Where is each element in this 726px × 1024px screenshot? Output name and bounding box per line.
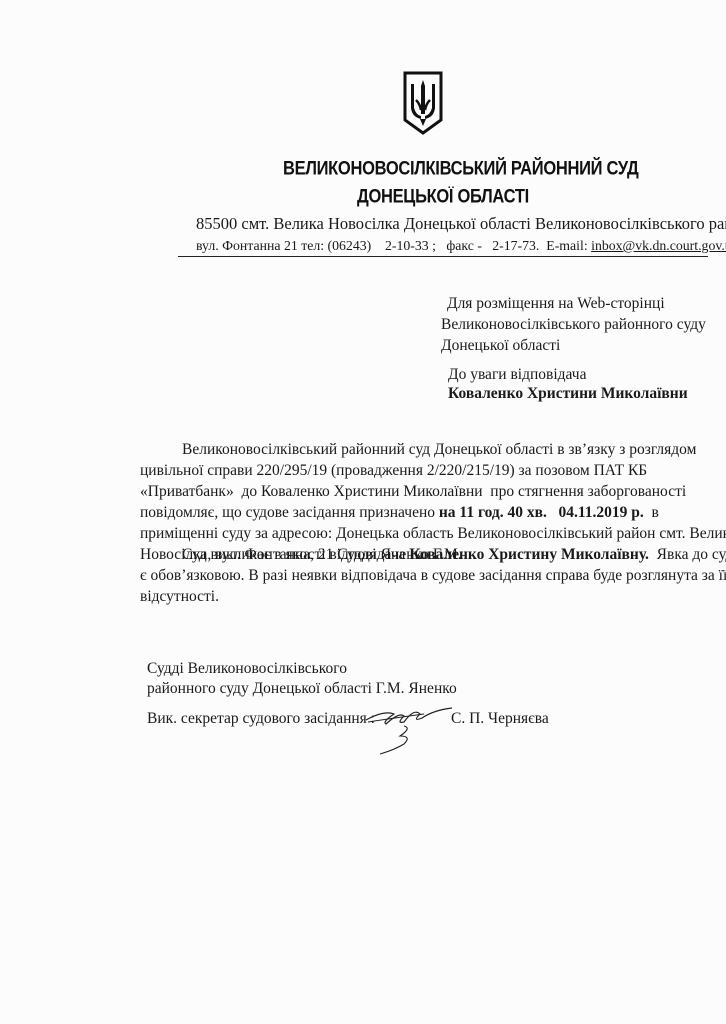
court-address: 85500 смт. Велика Новосілка Донецької об… (196, 214, 726, 234)
attention-line: До уваги відповідача (448, 366, 586, 384)
body-paragraph-2: Суд викликає в якості відповідача Ковале… (140, 544, 726, 607)
judge-line2: районного суду Донецької області Г.М. Ян… (147, 680, 457, 698)
trident-emblem-icon (402, 70, 444, 136)
handwritten-signature-icon (364, 702, 454, 757)
court-name-line1: ВЕЛИКОНОВОСІЛКІВСЬКИЙ РАЙОННИЙ СУД (283, 159, 639, 181)
judge-line1: Судді Великоновосілківського (147, 660, 347, 678)
placement-line3: Донецької області (441, 337, 560, 355)
email-link[interactable]: inbox@vk.dn.court.gov.ua (591, 238, 726, 253)
header-divider (178, 256, 708, 257)
court-name-line2: ДОНЕЦЬКОЇ ОБЛАСТІ (357, 187, 529, 209)
court-contacts: вул. Фонтанна 21 тел: (06243) 2-10-33 ; … (196, 238, 726, 254)
hearing-datetime: на 11 год. 40 хв. 04.11.2019 р. (439, 504, 644, 521)
secretary-label: Вик. секретар судового засідання : (147, 710, 375, 728)
defendant-name: Коваленко Христини Миколаївни (448, 385, 688, 403)
placement-line1: Для розміщення на Web-сторінці (447, 295, 665, 313)
summoned-defendant: Коваленко Христину Миколаївну. (409, 546, 649, 563)
placement-line2: Великоновосілківського районного суду (441, 316, 706, 334)
secretary-name: С. П. Черняєва (451, 710, 549, 728)
